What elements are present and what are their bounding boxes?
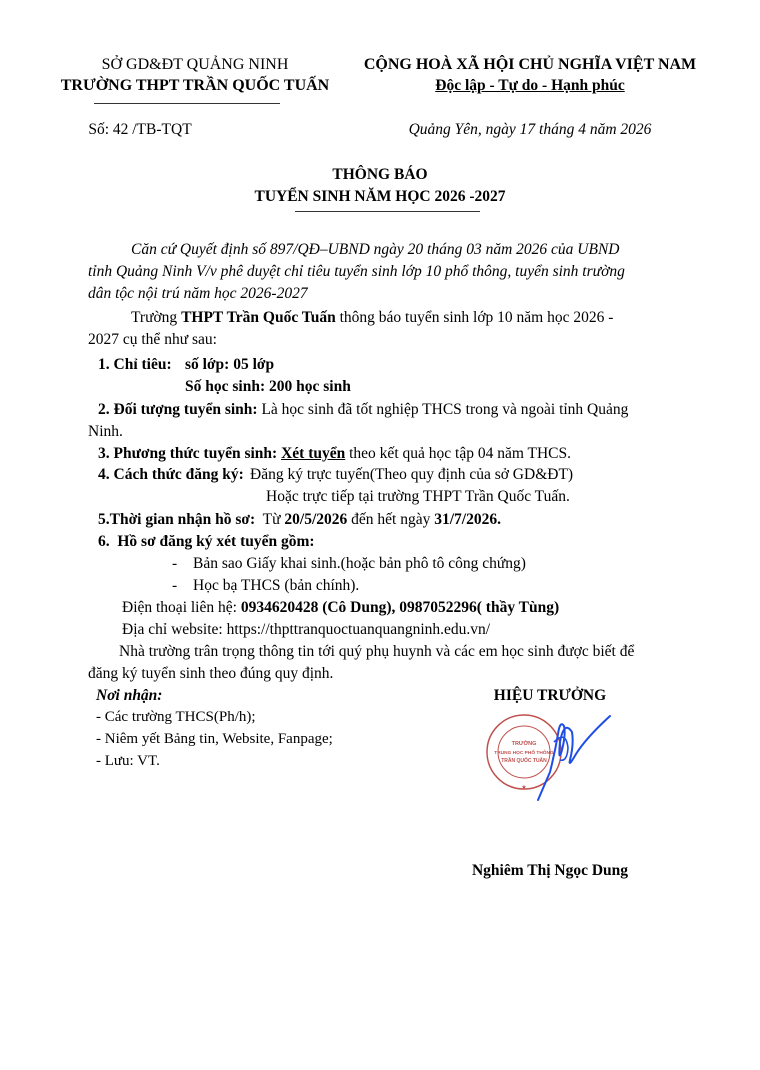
intro-line-1: Trường THPT Trần Quốc Tuấn thông báo tuy… (131, 309, 613, 327)
website-link[interactable]: https://thpttranquoctuanquangninh.edu.vn… (227, 621, 490, 638)
preamble-line-2: tỉnh Quảng Ninh V/v phê duyệt chỉ tiêu t… (88, 263, 625, 281)
registration-online: Đăng ký trực tuyến(Theo quy định của sở … (250, 466, 573, 484)
national-motto: Độc lập - Tự do - Hạnh phúc (345, 77, 715, 95)
closing-line-2: đăng ký tuyển sinh theo đúng quy định. (88, 665, 333, 683)
recipient-item: - Lưu: VT. (96, 753, 160, 770)
quota-label: 1. Chỉ tiêu: (98, 356, 172, 374)
school-underline (94, 103, 280, 104)
eligibility-text: Là học sinh đã tốt nghiệp THCS trong và … (258, 401, 629, 418)
intro-line-2: 2027 cụ thể như sau: (88, 331, 217, 349)
school-name: TRƯỜNG THPT TRẦN QUỐC TUẤN (40, 77, 350, 95)
nation-title: CỘNG HOÀ XÃ HỘI CHỦ NGHĨA VIỆT NAM (345, 56, 715, 74)
eligibility-continued: Ninh. (88, 423, 123, 441)
quota-students: Số học sinh: 200 học sinh (185, 378, 351, 396)
website-label: Địa chỉ website: (122, 621, 227, 638)
method-highlight: Xét tuyển (281, 445, 345, 462)
closing-line-1: Nhà trường trân trọng thông tin tới quý … (119, 643, 634, 661)
recipient-item: - Các trường THCS(Ph/h); (96, 709, 256, 726)
eligibility-label: 2. Đối tượng tuyển sinh: (98, 401, 258, 418)
eligibility-line: 2. Đối tượng tuyển sinh: Là học sinh đã … (98, 401, 628, 419)
title-underline (295, 211, 480, 212)
preamble-line-1: Căn cứ Quyết định số 897/QĐ–UBND ngày 20… (131, 241, 620, 259)
recipients-title: Nơi nhận: (96, 687, 162, 705)
intro-prefix: Trường (131, 309, 181, 326)
quota-classes: số lớp: 05 lớp (185, 356, 274, 374)
period-line: 5.Thời gian nhận hồ sơ: Từ 20/5/2026 đến… (98, 511, 501, 529)
period-from: Từ (255, 511, 284, 528)
documents-item-2: Học bạ THCS (bản chính). (193, 577, 359, 595)
authority-name: SỞ GD&ĐT QUẢNG NINH (40, 56, 350, 74)
method-text: theo kết quả học tập 04 năm THCS. (345, 445, 571, 462)
period-start: 20/5/2026 (284, 511, 347, 528)
documents-bullet: - (172, 555, 177, 573)
registration-number: 4 (98, 466, 106, 483)
documents-bullet: - (172, 577, 177, 595)
contact-phone-line: Điện thoại liên hệ: 0934620428 (Cô Dung)… (122, 599, 559, 617)
contact-website-line: Địa chỉ website: https://thpttranquoctua… (122, 621, 490, 639)
method-line: 3. Phương thức tuyển sinh: Xét tuyển the… (98, 445, 571, 463)
intro-suffix: thông báo tuyển sinh lớp 10 năm học 2026… (336, 309, 614, 326)
period-to: đến hết ngày (347, 511, 434, 528)
documents-item-1: Bản sao Giấy khai sinh.(hoặc bản phô tô … (193, 555, 526, 573)
preamble-line-3: dân tộc nội trú năm học 2026-2027 (88, 285, 308, 303)
signature-icon (520, 712, 620, 802)
registration-line: 4. Cách thức đăng ký: (98, 466, 244, 484)
signer-name: Nghiêm Thị Ngọc Dung (440, 862, 660, 880)
phone-numbers: 0934620428 (Cô Dung), 0987052296( thầy T… (241, 599, 559, 616)
signer-title: HIỆU TRƯỞNG (440, 687, 660, 705)
place-date: Quảng Yên, ngày 17 tháng 4 năm 2026 (345, 121, 715, 139)
period-end: 31/7/2026. (434, 511, 501, 528)
period-label: 5.Thời gian nhận hồ sơ: (98, 511, 255, 528)
document-number: Số: 42 /TB-TQT (40, 121, 240, 139)
intro-school: THPT Trần Quốc Tuấn (181, 309, 336, 326)
recipient-item: - Niêm yết Bảng tin, Website, Fanpage; (96, 731, 333, 748)
phone-label: Điện thoại liên hệ: (122, 599, 241, 616)
documents-label: 6. Hồ sơ đăng ký xét tuyển gồm: (98, 533, 315, 551)
method-label: 3. Phương thức tuyển sinh: (98, 445, 277, 462)
registration-label: . Cách thức đăng ký: (106, 466, 244, 483)
notice-subtitle: TUYỂN SINH NĂM HỌC 2026 -2027 (0, 188, 760, 206)
registration-offline: Hoặc trực tiếp tại trường THPT Trần Quốc… (266, 488, 570, 506)
notice-title: THÔNG BÁO (0, 166, 760, 184)
